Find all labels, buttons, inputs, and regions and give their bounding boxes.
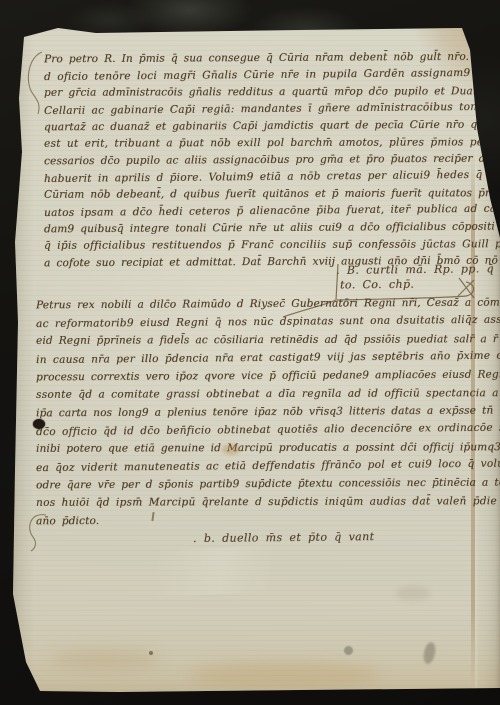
manuscript-line: ssonte q̄d a comitate grassi obtinebat a…	[36, 384, 464, 403]
paper-wrinkle	[54, 539, 386, 602]
margin-flourish	[22, 48, 48, 120]
margin-flourish	[24, 510, 50, 556]
manuscript-page: Pro petro R. In p̄mis q̄ sua consegue q̄…	[0, 0, 500, 705]
stain-mark	[50, 648, 160, 670]
ink-blot	[33, 419, 45, 429]
stain-mark	[190, 662, 380, 688]
manuscript-line: an̄o p̄dicto.	[36, 510, 464, 531]
stain-mark	[344, 646, 353, 655]
stain-mark	[222, 444, 240, 455]
manuscript-line: est ut erit, tribuant a p̄uat nōb exill …	[44, 134, 458, 152]
manuscript-line: processu corrextis vero ip̄oz qvore vice…	[36, 366, 464, 387]
manuscript-line: q̄ ip̄is officialibus restituendos p̄ Fr…	[44, 236, 458, 254]
manuscript-line: nos huiōi q̄d ipsm̄ Marcipū q̄relante d …	[36, 492, 464, 511]
manuscript-line: quartaz̄ ac duanaz̄ et gabinariis Cap̄i …	[44, 117, 458, 137]
manuscript-line: odre q̄are vr̄e per d sp̄onis partib9 su…	[36, 474, 464, 495]
text-block-second-entry: Petrus rex nobili a dilc̄o Raimūdo d Riy…	[36, 295, 464, 529]
photo-background: Pro petro R. In p̄mis q̄ sua consegue q̄…	[0, 0, 500, 705]
stain-mark	[422, 641, 437, 665]
manuscript-line: dam9 quibusq̄ integre tonali Cūrie nr̄e …	[44, 219, 458, 239]
stain-mark	[396, 586, 430, 600]
secondary-signature: . b. duello m̄s et p̄to q̄ vant	[193, 530, 375, 545]
text-block-first-entry: Pro petro R. In p̄mis q̄ sua consegue q̄…	[44, 50, 458, 271]
